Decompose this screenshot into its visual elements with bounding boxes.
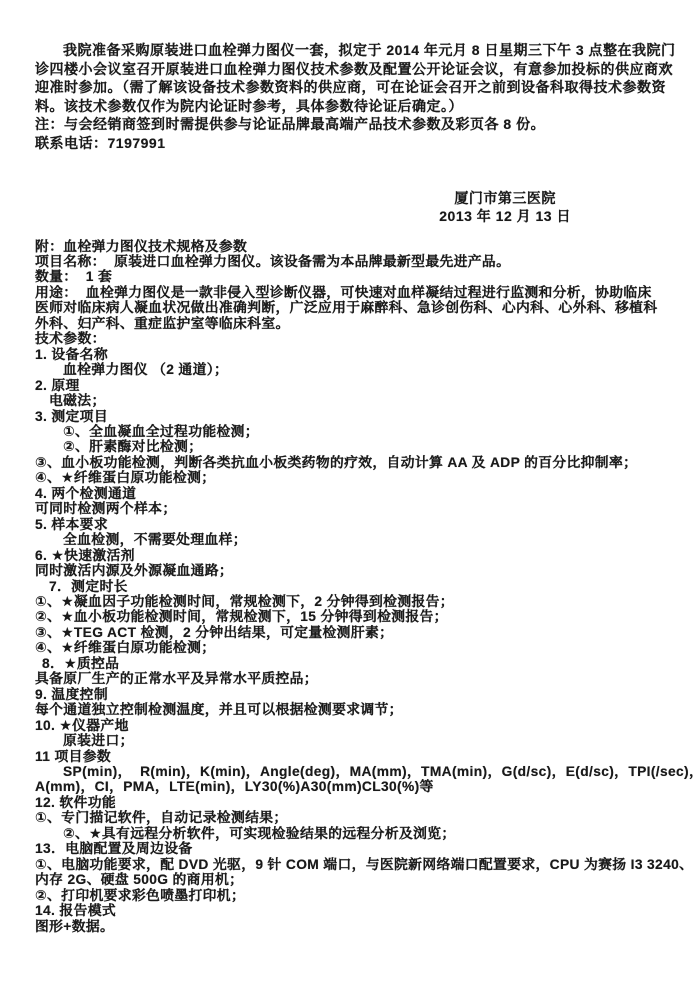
spec-line: 外科、妇产科、重症监护室等临床科室。	[35, 316, 665, 331]
spec-line: 8．★质控品	[35, 656, 665, 671]
spec-line: 电磁法；	[35, 393, 665, 408]
notice-paragraph: 我院准备采购原装进口血栓弹力图仪一套，拟定于 2014 年元月 8 日星期三下午…	[35, 41, 665, 153]
spec-line: ①、电脑功能要求，配 DVD 光驱，9 针 COM 端口，与医院新网络端口配置要…	[35, 857, 665, 872]
spec-line: 医师对临床病人凝血状况做出准确判断，广泛应用于麻醉科、急诊创伤科、心内科、心外科…	[35, 300, 665, 315]
document-page: 我院准备采购原装进口血栓弹力图仪一套，拟定于 2014 年元月 8 日星期三下午…	[0, 0, 700, 990]
spec-line: 12. 软件功能	[35, 795, 665, 810]
spec-line: 技术参数：	[35, 331, 665, 346]
spec-line: ④、★纤维蛋白原功能检测；	[35, 640, 665, 655]
spec-line: ①、专门描记软件，自动记录检测结果；	[35, 810, 665, 825]
spec-section: 附：血栓弹力图仪技术规格及参数项目名称： 原装进口血栓弹力图仪。该设备需为本品牌…	[35, 239, 665, 934]
notice-line: 诊四楼小会议室召开原装进口血栓弹力图仪技术参数及配置公开论证会议，有意参加投标的…	[35, 60, 665, 79]
spec-line: 4. 两个检测通道	[35, 486, 665, 501]
spec-line: 7．测定时长	[35, 579, 665, 594]
notice-line: 我院准备采购原装进口血栓弹力图仪一套，拟定于 2014 年元月 8 日星期三下午…	[35, 41, 665, 60]
spec-line: 13．电脑配置及周边设备	[35, 841, 665, 856]
spec-line: 内存 2G、硬盘 500G 的商用机；	[35, 872, 665, 887]
spec-line: 血栓弹力图仪 （2 通道）；	[35, 362, 665, 377]
spec-line: 可同时检测两个样本；	[35, 501, 665, 516]
spec-line: ②、★血小板功能检测时间，常规检测下，15 分钟得到检测报告；	[35, 609, 665, 624]
spec-line: ①、全血凝血全过程功能检测；	[35, 424, 665, 439]
spec-line: 图形+数据。	[35, 919, 665, 934]
spec-line: 11 项目参数	[35, 749, 665, 764]
spec-line: 10. ★仪器产地	[35, 718, 665, 733]
spec-line: 每个通道独立控制检测温度，并且可以根据检测要求调节；	[35, 702, 665, 717]
notice-line: 联系电话：7197991	[35, 134, 665, 153]
spec-line: 14. 报告模式	[35, 903, 665, 918]
signature-block: 厦门市第三医院 2013 年 12 月 13 日	[439, 189, 571, 226]
spec-line: 9. 温度控制	[35, 687, 665, 702]
spec-line: ③、★TEG ACT 检测，2 分钟出结果，可定量检测肝素；	[35, 625, 665, 640]
spec-line: 全血检测，不需要处理血样；	[35, 532, 665, 547]
spec-line: 附：血栓弹力图仪技术规格及参数	[35, 239, 665, 254]
spec-line: SP(min)， R(min)，K(min)，Angle(deg)，MA(mm)…	[35, 764, 665, 779]
signature-date: 2013 年 12 月 13 日	[439, 207, 571, 226]
spec-line: 2. 原理	[35, 378, 665, 393]
spec-line: 6. ★快速激活剂	[35, 548, 665, 563]
spec-line: ④、★纤维蛋白原功能检测；	[35, 470, 665, 485]
spec-line: ②、★具有远程分析软件，可实现检验结果的远程分析及浏览；	[35, 826, 665, 841]
spec-line: 1. 设备名称	[35, 347, 665, 362]
spec-line: 用途： 血栓弹力图仪是一款非侵入型诊断仪器，可快速对血样凝结过程进行监测和分析，…	[35, 285, 665, 300]
spec-line: 原装进口；	[35, 733, 665, 748]
spec-line: ③、血小板功能检测，判断各类抗血小板类药物的疗效，自动计算 AA 及 ADP 的…	[35, 455, 665, 470]
notice-line: 注：与会经销商签到时需提供参与论证品牌最高端产品技术参数及彩页各 8 份。	[35, 115, 665, 134]
spec-line: 3. 测定项目	[35, 409, 665, 424]
spec-line: 项目名称： 原装进口血栓弹力图仪。该设备需为本品牌最新型最先进产品。	[35, 254, 665, 269]
spec-line: 具备原厂生产的正常水平及异常水平质控品；	[35, 671, 665, 686]
spec-line: A(mm)，CI，PMA，LTE(min)，LY30(%)A30(mm)CL30…	[35, 779, 665, 794]
spec-line: ①、★凝血因子功能检测时间，常规检测下，2 分钟得到检测报告；	[35, 594, 665, 609]
notice-line: 迎准时参加。（需了解该设备技术参数资料的供应商，可在论证会召开之前到设备科取得技…	[35, 78, 665, 97]
spec-line: 5. 样本要求	[35, 517, 665, 532]
spec-line: ②、肝素酶对比检测；	[35, 439, 665, 454]
spec-line: 同时激活内源及外源凝血通路；	[35, 563, 665, 578]
hospital-name: 厦门市第三医院	[439, 189, 571, 208]
notice-line: 料。该技术参数仅作为院内论证时参考，具体参数待论证后确定。）	[35, 97, 665, 116]
spec-line: ②、打印机要求彩色喷墨打印机；	[35, 888, 665, 903]
spec-line: 数量： 1 套	[35, 269, 665, 284]
